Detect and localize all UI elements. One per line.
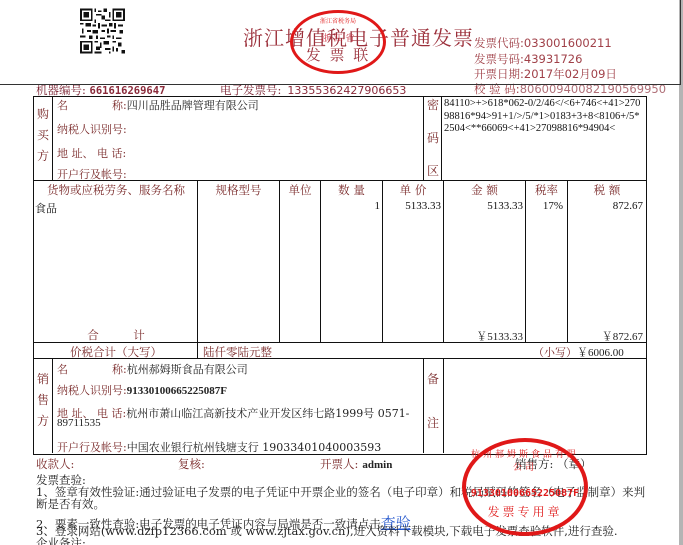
- buyer-name-value: 四川品胜品牌管理有限公司: [127, 99, 259, 112]
- seller-name-row: 名 称:杭州郝姆斯食品有限公司: [57, 361, 248, 377]
- machine-number-label: 机器编号:: [36, 83, 86, 97]
- issue-date-label: 开票日期:: [474, 67, 524, 81]
- goods-row-amount: 5133.33: [444, 200, 523, 212]
- goods-row-tax: 872.67: [568, 200, 643, 212]
- buyer-label-char: 购: [35, 108, 51, 120]
- col-header-price: 单 价: [383, 182, 443, 198]
- col-header-rate: 税率: [526, 182, 567, 198]
- buyer-address-row: 地 址、 电 话:: [57, 145, 126, 161]
- buyer-label-char: 买: [35, 129, 51, 141]
- seller-bank-value: 中国农业银行杭州钱塘支行 19033401040003593: [127, 441, 381, 454]
- seller-label-char: 方: [35, 415, 51, 427]
- drawer-label: 开票人:: [320, 457, 358, 471]
- issue-date-value: 2017年02月09日: [524, 67, 617, 81]
- seller-label-char: 销: [35, 373, 51, 385]
- buyer-tax-id-row: 纳税人识别号:: [57, 121, 127, 137]
- cipher-label-char: 区: [425, 165, 441, 177]
- buyer-bank-row: 开户行及帐号:: [57, 166, 127, 182]
- invoice-number-label: 发票号码:: [474, 52, 524, 66]
- invoice-code-label: 发票代码:: [474, 36, 524, 50]
- col-header-name: 货物或应税劳务、服务名称: [37, 182, 195, 198]
- buyer-name-row: 名 称:四川品胜品牌管理有限公司: [57, 97, 259, 113]
- divider: [441, 96, 442, 180]
- payee: 收款人:: [36, 456, 74, 472]
- goods-row-qty: 1: [321, 200, 380, 212]
- seller-address-cont: 89711535: [57, 417, 101, 429]
- price-tax-lower-row: （小写）￥6006.00: [533, 344, 624, 360]
- seller-name-value: 杭州郝姆斯食品有限公司: [127, 363, 248, 376]
- seller-section-label: 销 售 方: [35, 373, 51, 427]
- invoice-code: 发票代码:033001600211: [474, 35, 612, 51]
- seller-name-label: 名 称:: [57, 363, 127, 376]
- price-tax-lower-value: ￥6006.00: [577, 347, 624, 359]
- drawer: 开票人:admin: [320, 456, 392, 472]
- issue-date: 开票日期:2017年02月09日: [474, 66, 617, 82]
- e-invoice-number-label: 电子发票号:: [220, 83, 281, 97]
- divider: [423, 358, 424, 453]
- cipher-label-char: 密: [425, 99, 441, 111]
- seller-tax-id-row: 纳税人识别号:91330100665225087F: [57, 382, 227, 398]
- verification-line-3: 3、登录网站(www.dzfp12366.com 或 www.zjtax.gov…: [36, 523, 618, 539]
- invoice-title: 浙江增值税电子普通发票: [243, 22, 474, 51]
- seller-seal-label: 销售方: （章）: [515, 456, 592, 472]
- seller-tax-id-value: 91330100665225087F: [127, 385, 227, 397]
- remarks-label-char: 备: [425, 373, 441, 385]
- buyer-bank-label: 开户行及帐号:: [57, 168, 127, 181]
- drawer-value: admin: [362, 459, 392, 471]
- cipher-label-char: 码: [425, 132, 441, 144]
- divider: [443, 358, 444, 453]
- seller-bank-row: 开户行及帐号:中国农业银行杭州钱塘支行 19033401040003593: [57, 439, 381, 455]
- total-label: 合 计: [37, 327, 195, 343]
- buyer-label-char: 方: [35, 150, 51, 162]
- remarks-section-label: 备 注: [425, 373, 441, 429]
- buyer-section-label: 购 买 方: [35, 108, 51, 162]
- seller-address-row: 地 址、 电 话:杭州市萧山临江高新技术产业开发区纬七路1999号 0571-: [57, 405, 409, 421]
- col-header-qty: 数 量: [321, 182, 382, 198]
- header-divider: [0, 84, 680, 85]
- col-header-spec: 规格型号: [198, 182, 279, 198]
- col-header-tax: 税 额: [568, 182, 646, 198]
- price-tax-label: 价税合计（大写）: [37, 344, 195, 360]
- col-header-unit: 单位: [280, 182, 320, 198]
- price-tax-lower-label: （小写）: [533, 346, 577, 359]
- goods-row-rate: 17%: [526, 200, 563, 212]
- company-note-label: 企业备注:: [36, 535, 86, 545]
- total-tax: ￥872.67: [568, 328, 643, 344]
- remarks-label-char: 注: [425, 417, 441, 429]
- divider: [423, 96, 424, 180]
- seller-address-value: 杭州市萧山临江高新技术产业开发区纬七路1999号 0571-: [126, 407, 409, 420]
- goods-row-name: 食品: [35, 200, 57, 216]
- buyer-address-label: 地 址、 电 话:: [57, 147, 126, 160]
- invoice-number: 发票号码:43931726: [474, 51, 582, 67]
- divider: [52, 358, 53, 453]
- reviewer-label: 复核:: [178, 457, 205, 471]
- divider: [197, 180, 198, 358]
- price-tax-upper: 陆仟零陆元整: [203, 344, 272, 360]
- qr-code: [80, 6, 125, 56]
- invoice-code-value: 033001600211: [524, 36, 612, 50]
- page-edge: [680, 0, 681, 85]
- seller-bank-label: 开户行及帐号:: [57, 441, 127, 454]
- invoice-number-value: 43931726: [524, 52, 583, 66]
- cipher-text: 84110>+>618*062-0/2/46</<6+746<+41>27098…: [444, 98, 644, 136]
- seller-stamp-bottom: 发票专用章: [466, 503, 584, 520]
- reviewer: 复核:: [178, 456, 205, 472]
- col-header-amount: 金 额: [444, 182, 525, 198]
- buyer-name-label: 名 称:: [57, 99, 127, 112]
- divider: [279, 180, 280, 342]
- cipher-section-label: 密 码 区: [425, 99, 441, 177]
- divider: [52, 96, 53, 180]
- buyer-tax-id-label: 纳税人识别号:: [57, 123, 127, 136]
- payee-label: 收款人:: [36, 457, 74, 471]
- verification-line-1-cont: 断是否有效。: [36, 496, 105, 512]
- verification-line-1: 1、签章有效性验证:通过验证电子发票的电子凭证中开票企业的签名（电子印章）和税局…: [36, 484, 645, 500]
- seller-label-char: 售: [35, 394, 51, 406]
- total-amount: ￥5133.33: [444, 328, 523, 344]
- seller-tax-id-label: 纳税人识别号:: [57, 384, 127, 397]
- goods-row-price: 5133.33: [383, 200, 441, 212]
